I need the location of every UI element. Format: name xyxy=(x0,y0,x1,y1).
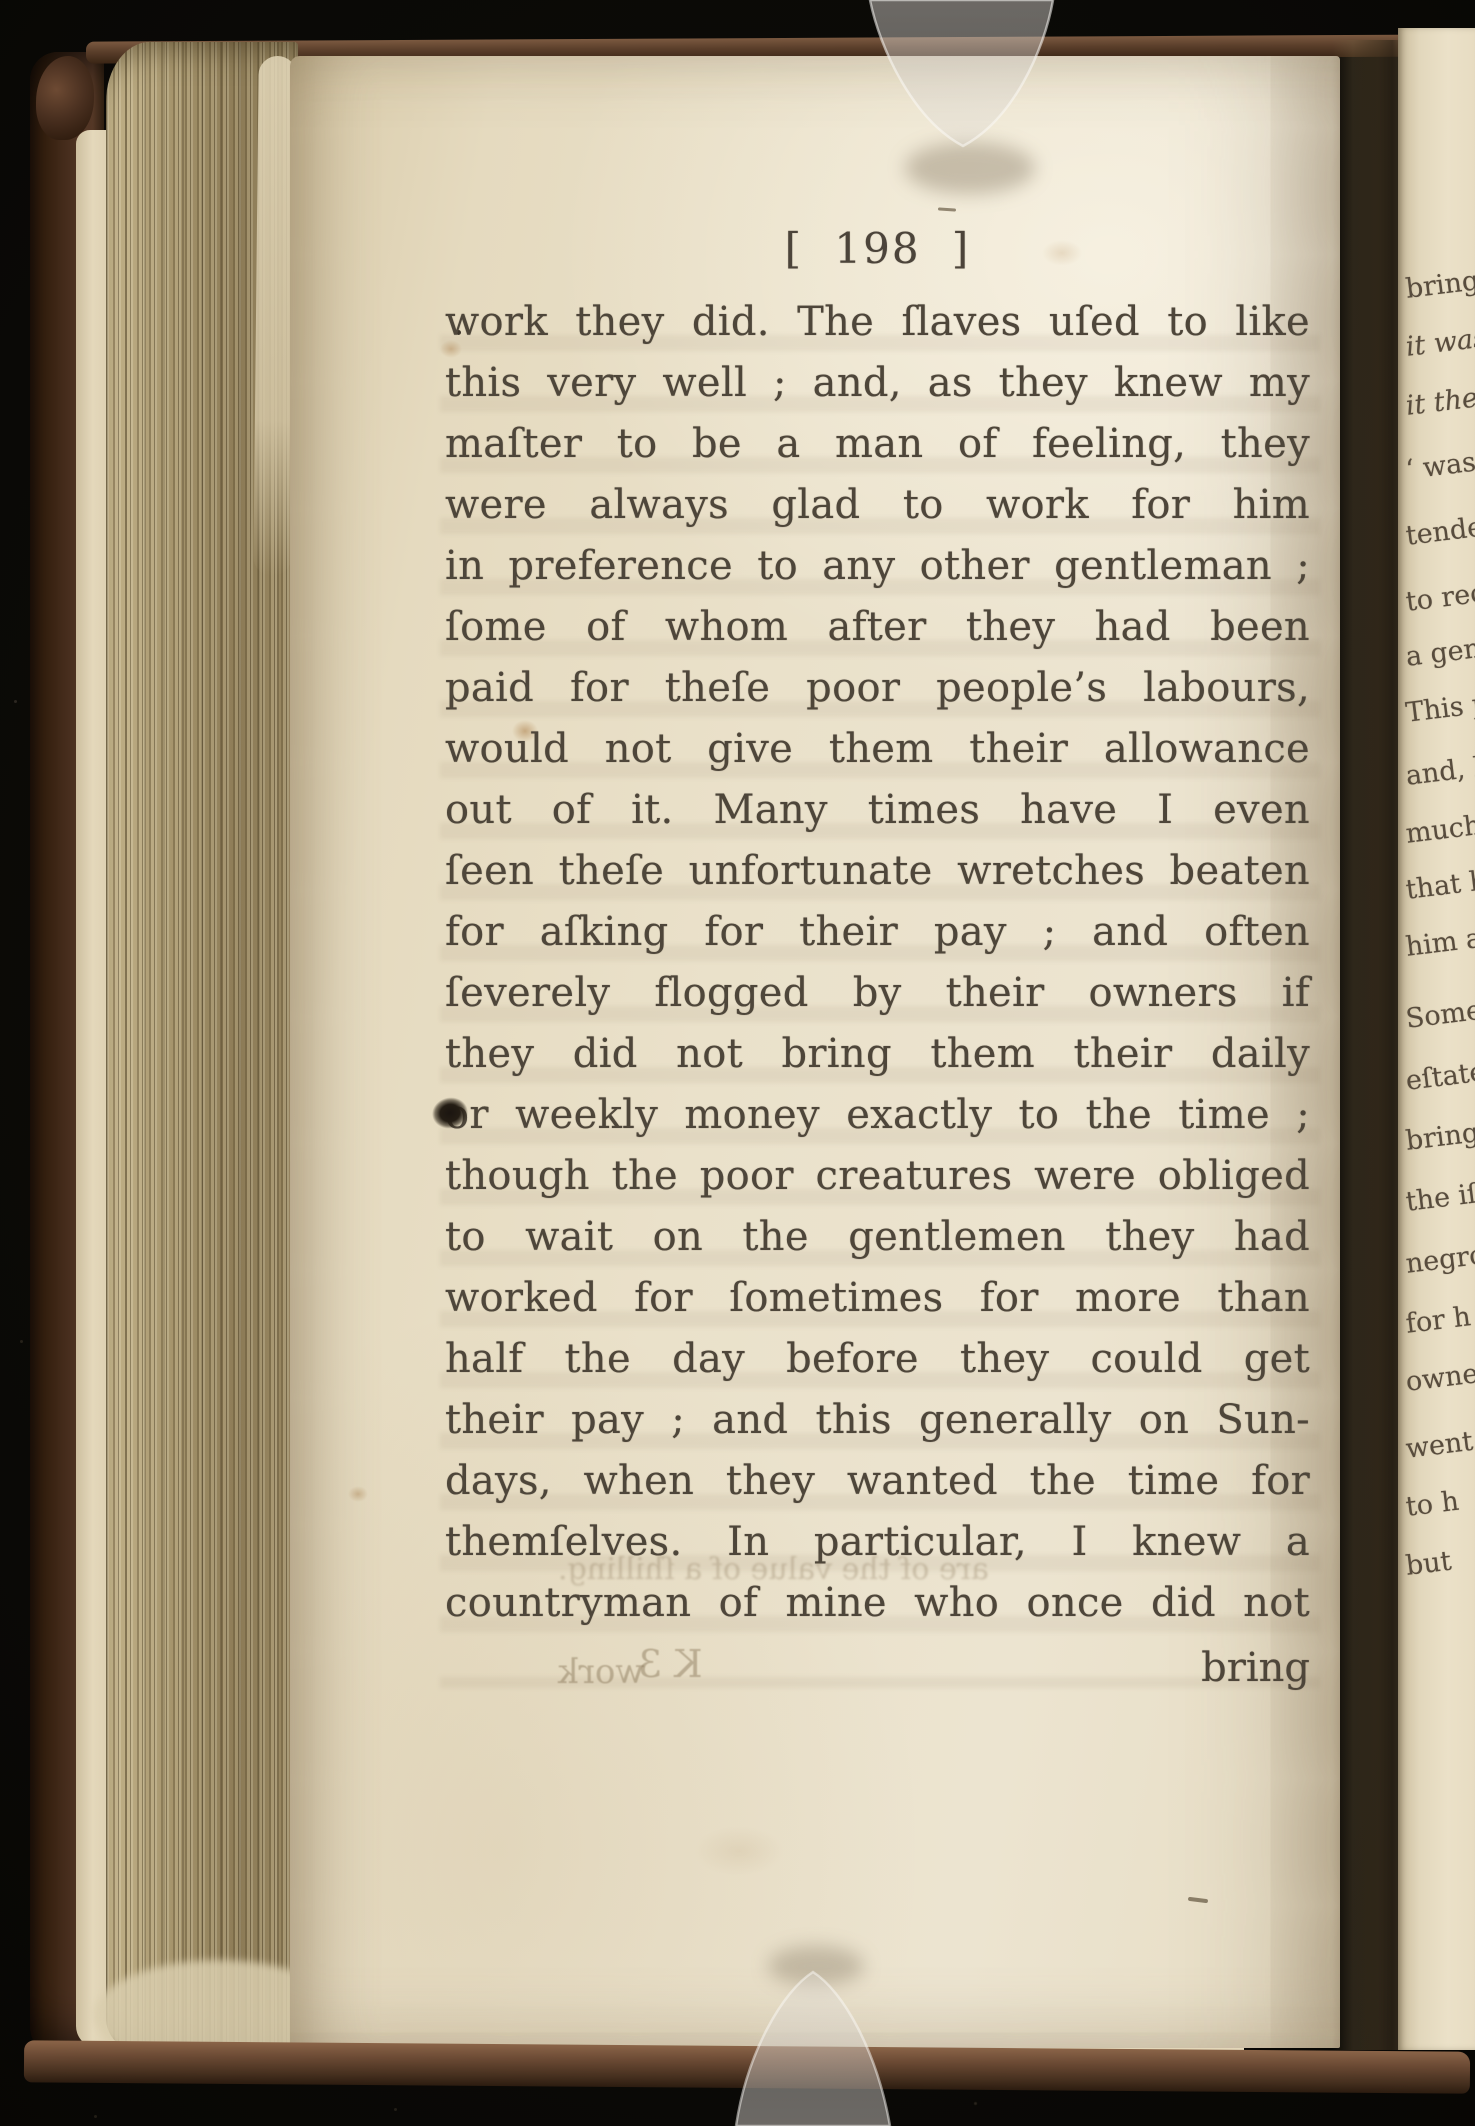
leather-corner-curl xyxy=(36,56,94,140)
facing-page-text-fragment: that he xyxy=(1404,863,1475,906)
facing-page-text-fragment: negro- xyxy=(1404,1238,1475,1280)
show-through-signature: K 3 xyxy=(638,1642,703,1686)
facing-page-text-fragment: it the ſam xyxy=(1404,375,1475,422)
facing-page-text-fragment: to receiv xyxy=(1404,573,1475,618)
clamp-shadow xyxy=(905,142,1035,194)
facing-page-text-fragment: ‘ was ſtake xyxy=(1404,437,1475,486)
facing-page-text-fragment: owner xyxy=(1404,1357,1475,1398)
facing-page-text-fragment: to h xyxy=(1404,1486,1460,1523)
body-text-line: for aſking for their pay ; and often xyxy=(445,902,1310,963)
body-text-line: this very well ; and, as they knew my xyxy=(445,353,1310,414)
body-text-line: out of it. Many times have I even xyxy=(445,780,1310,841)
body-text-line: were always glad to work for him xyxy=(445,475,1310,536)
dust-speck xyxy=(14,700,17,703)
stray-mark xyxy=(938,207,956,211)
body-text-line: work they did. The ſlaves uſed to like xyxy=(445,292,1310,353)
facing-page-text-fragment: This po xyxy=(1404,686,1475,729)
body-text-line: in preference to any other gentleman ; xyxy=(445,536,1310,597)
body-text-line: paid for theſe poor people’s labours, xyxy=(445,658,1310,719)
stray-mark xyxy=(1188,1897,1208,1903)
facing-page-text-fragment: but xyxy=(1404,1546,1453,1582)
body-text-block: work they did. The ſlaves uſed to liketh… xyxy=(445,292,1310,1634)
body-text-line: ſeverely flogged by their owners if xyxy=(445,963,1310,1024)
book-page: [ 198 ] work they did. The ſlaves uſed t… xyxy=(290,56,1340,2048)
body-text-line: to wait on the gentlemen they had xyxy=(445,1207,1310,1268)
body-text-line: worked for ſometimes for more than xyxy=(445,1268,1310,1329)
foxing-spot xyxy=(694,1826,784,1876)
body-text-line: their pay ; and this generally on Sun- xyxy=(445,1390,1310,1451)
foxing-spot xyxy=(348,1486,368,1502)
body-text-line: half the day before they could get xyxy=(445,1329,1310,1390)
show-through-catchword: work xyxy=(558,1652,644,1692)
facing-page-text-fragment: went xyxy=(1404,1426,1475,1465)
gutter-shadow xyxy=(1332,40,1402,2050)
page-number-header: [ 198 ] xyxy=(445,224,1310,284)
facing-page-text-fragment: a gentle xyxy=(1404,629,1475,673)
facing-page-text-fragment: eſtate, xyxy=(1404,1055,1475,1097)
body-text-line: or weekly money exactly to the time ; xyxy=(445,1085,1310,1146)
facing-page-edge: bring theit was earit the ſam‘ was ſtake… xyxy=(1398,28,1475,2050)
facing-page-text-fragment: and, by xyxy=(1404,749,1475,792)
facing-page-text-fragment: tended ne xyxy=(1404,504,1475,551)
body-text-line: maſter to be a man of feeling, they xyxy=(445,414,1310,475)
facing-page-text-fragment: bring the xyxy=(1404,259,1475,305)
facing-page-text-fragment: Some xyxy=(1404,995,1475,1035)
facing-page-text-fragment: for h xyxy=(1404,1301,1472,1340)
body-text-line: ſome of whom after they had been xyxy=(445,597,1310,658)
show-through-text: are of the value of a ſhilling. xyxy=(558,1552,989,1587)
body-text-line: they did not bring them their daily xyxy=(445,1024,1310,1085)
body-text-line: would not give them their allowance xyxy=(445,719,1310,780)
book-scan-photo: [ 198 ] work they did. The ſlaves uſed t… xyxy=(0,0,1475,2126)
body-text-line: though the poor creatures were obliged xyxy=(445,1146,1310,1207)
facing-page-text-fragment: it was ear xyxy=(1404,316,1475,363)
facing-page-text-fragment: the iſl xyxy=(1404,1177,1475,1218)
facing-page-text-fragment: bring h xyxy=(1404,1114,1475,1157)
body-text-line: ſeen theſe unfortunate wretches beaten xyxy=(445,841,1310,902)
body-text-line: days, when they wanted the time for xyxy=(445,1451,1310,1512)
clamp-shadow xyxy=(768,1946,864,1986)
facing-page-text-fragment: much m xyxy=(1404,806,1475,850)
facing-page-text-fragment: him a xyxy=(1404,923,1475,963)
